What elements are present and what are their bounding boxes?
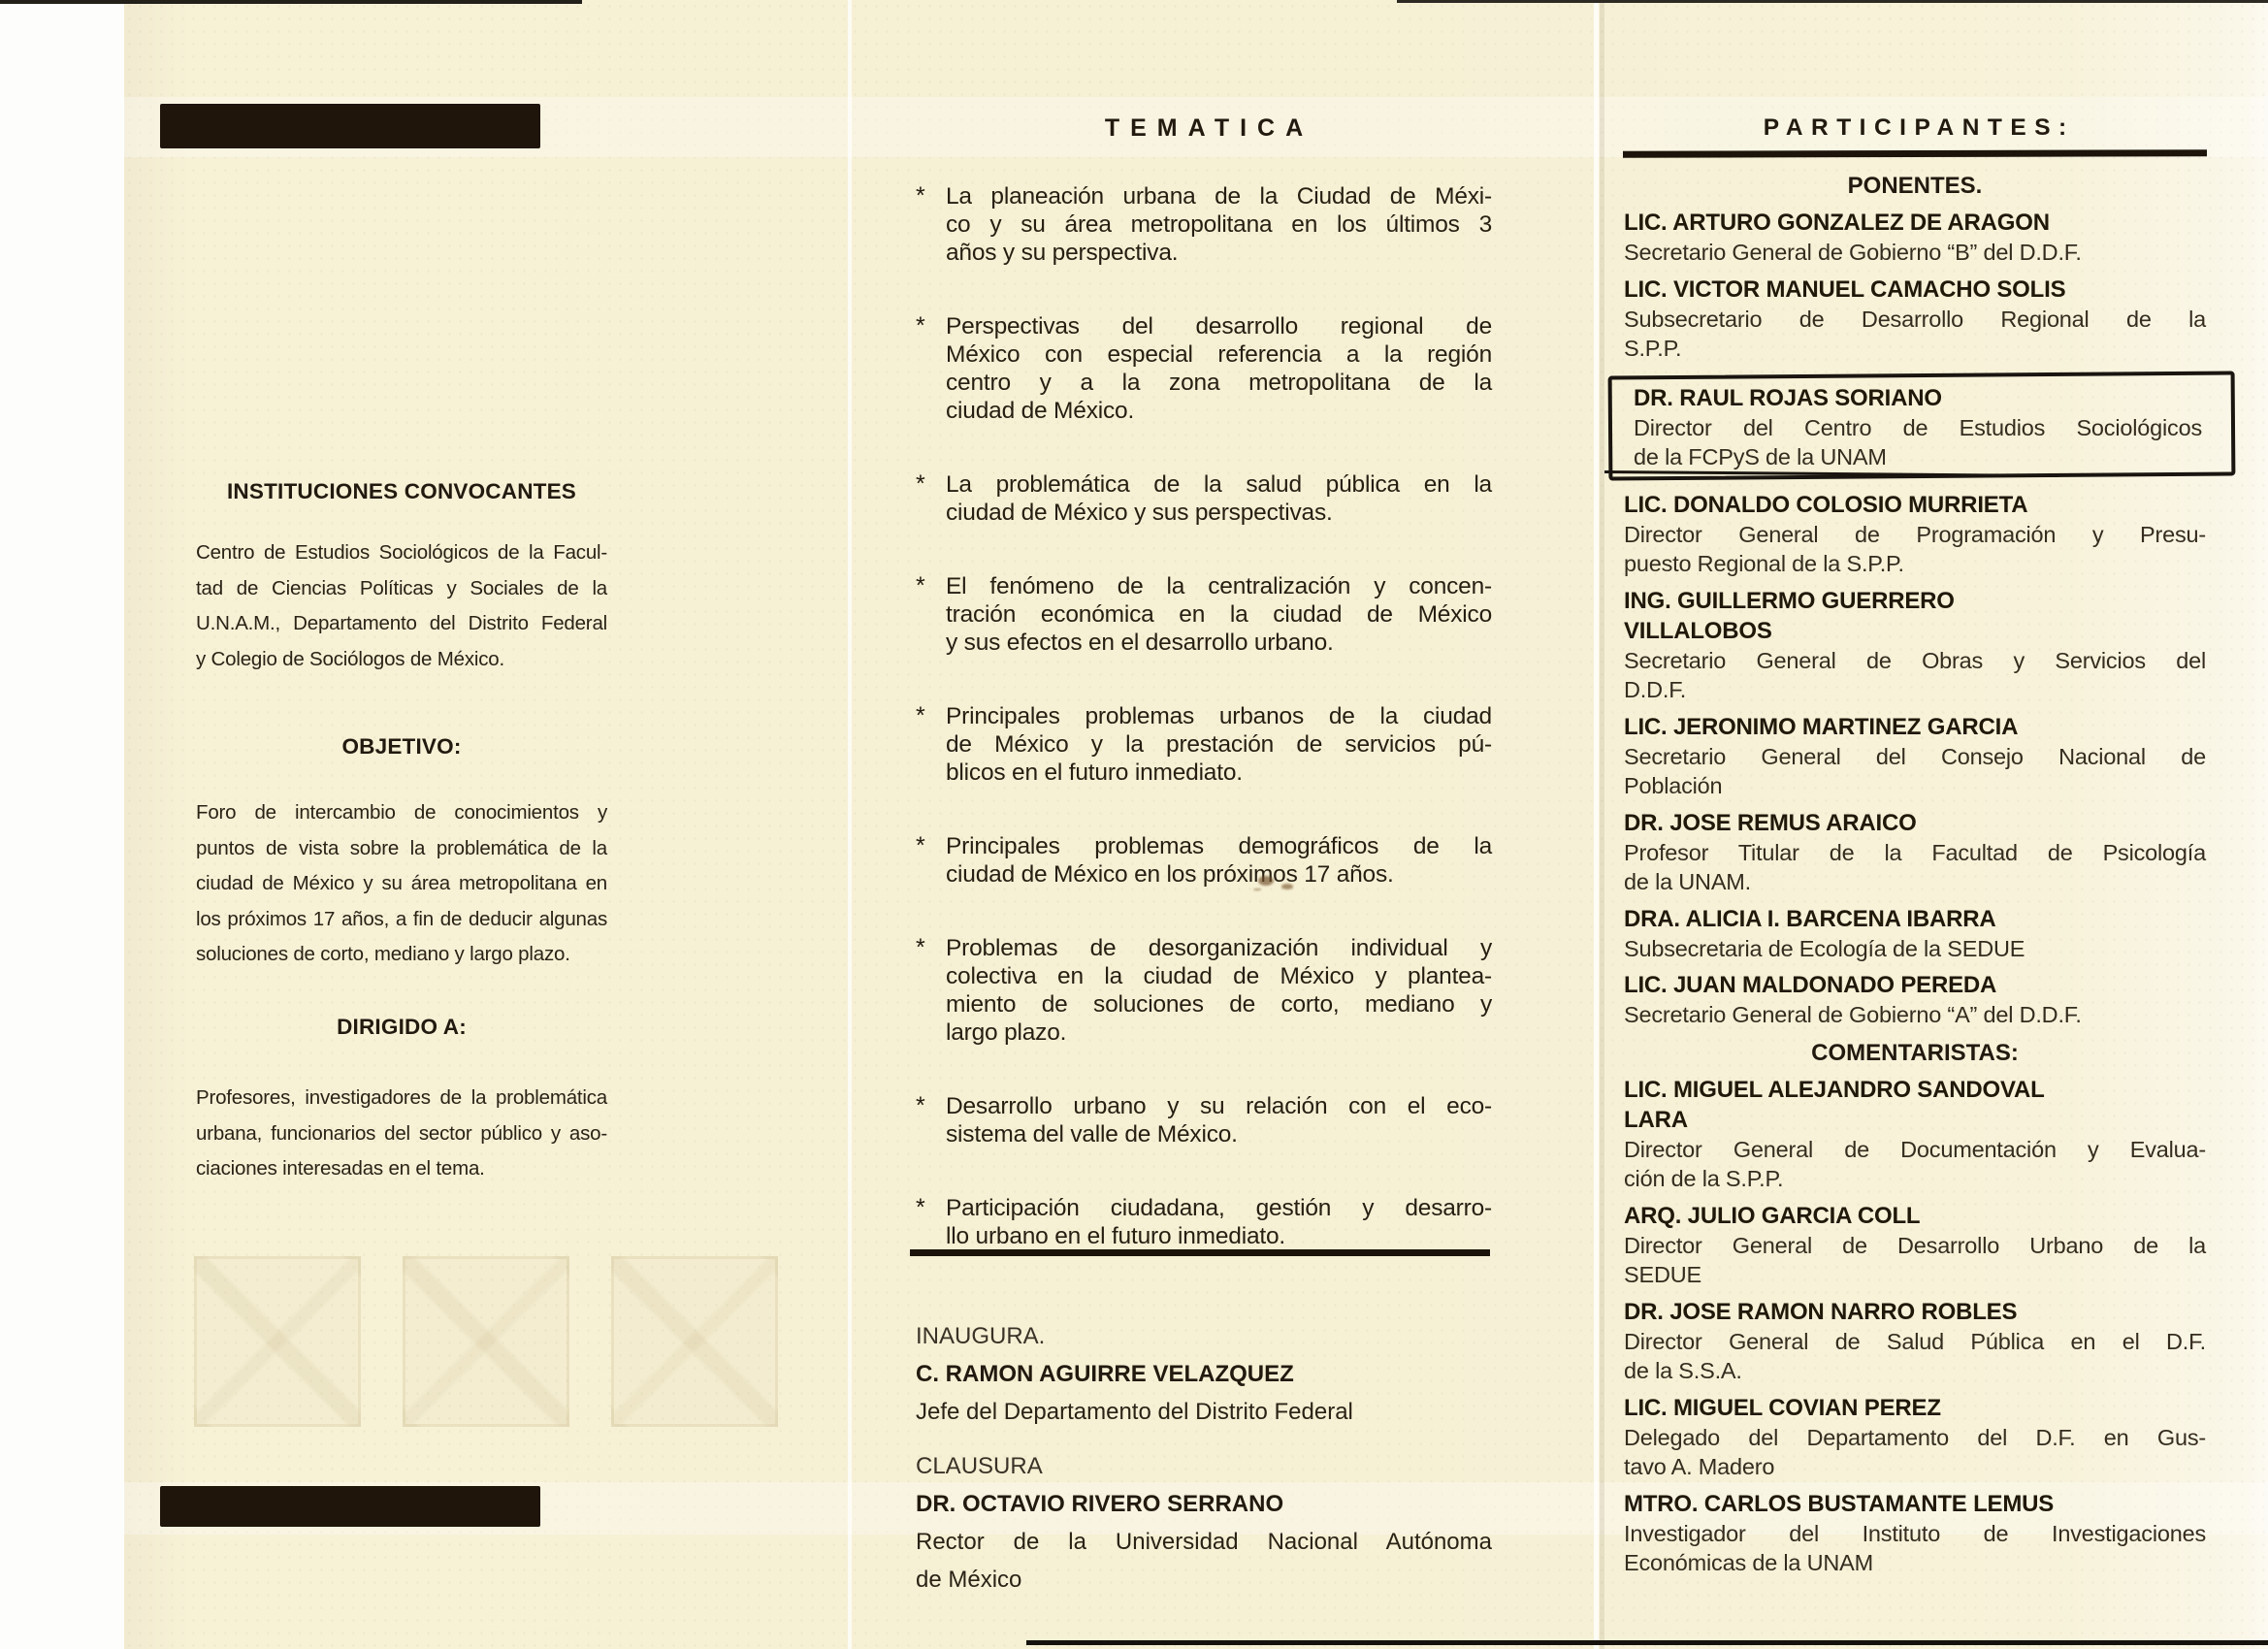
clausura-label: CLAUSURA [916, 1447, 1492, 1485]
participant-role: Investigador del Instituto de Investigac… [1624, 1519, 2206, 1578]
participant-name: LIC. JUAN MALDONADO PEREDA [1624, 970, 2206, 1000]
participant-entry: LIC. MIGUEL COVIAN PEREZ Delegado del De… [1624, 1393, 2206, 1482]
tematica-bullet-text: Desarrollo urbano y su relación con el e… [946, 1092, 1492, 1148]
tematica-bullet-text: Principales problemas demográficos de la… [946, 832, 1492, 889]
institutions-paragraph: Centro de Estudios Sociológicos de la Fa… [196, 535, 607, 677]
clausura-role: Rector de la Universidad Nacional Autóno… [916, 1523, 1492, 1599]
participant-entry: ING. GUILLERMO GUERRERO VILLALOBOS Secre… [1624, 586, 2206, 705]
participant-name: DR. RAUL ROJAS SORIANO [1634, 383, 2202, 413]
participant-entry: DRA. ALICIA I. BARCENA IBARRA Subsecreta… [1624, 904, 2206, 964]
tematica-bullet-item: * El fenómeno de la centralización y con… [916, 572, 1492, 657]
horizontal-rule [910, 1249, 1490, 1256]
participant-entry: DR. JOSE REMUS ARAICO Profesor Titular d… [1624, 808, 2206, 897]
participant-name: DRA. ALICIA I. BARCENA IBARRA [1624, 904, 2206, 934]
decorative-ink-bar-top [160, 104, 540, 148]
bleedthrough-logo-square [403, 1256, 569, 1427]
fold-crease-right [1594, 0, 1599, 1649]
clausura-name: DR. OCTAVIO RIVERO SERRANO [916, 1485, 1492, 1523]
ceremony-block: INAUGURA. C. RAMON AGUIRRE VELAZQUEZ Jef… [916, 1317, 1492, 1599]
participant-entry: DR. JOSE RAMON NARRO ROBLES Director Gen… [1624, 1297, 2206, 1386]
asterisk-bullet-icon: * [916, 470, 946, 527]
tematica-bullet-text: La problemática de la salud pública en l… [946, 470, 1492, 527]
tematica-bullet-item: * Participación ciudadana, gestión y des… [916, 1194, 1492, 1250]
bleedthrough-logo-square [194, 1256, 361, 1427]
participant-role: Director General de Documentación y Eval… [1624, 1135, 2206, 1194]
participant-role: Secretario General de Gobierno “B” del D… [1624, 238, 2206, 268]
participant-role: Director del Centro de Estudios Sociológ… [1634, 413, 2202, 472]
asterisk-bullet-icon: * [916, 832, 946, 889]
participantes-heading: PARTICIPANTES: [1624, 114, 2206, 142]
participant-role: Secretario General de Obras y Servicios … [1624, 646, 2206, 705]
asterisk-bullet-icon: * [916, 934, 946, 1047]
tematica-bullet-list: * La planeación urbana de la Ciudad de M… [916, 182, 1492, 1250]
tematica-bullet-item: * Desarrollo urbano y su relación con el… [916, 1092, 1492, 1148]
participant-name: MTRO. CARLOS BUSTAMANTE LEMUS [1624, 1489, 2206, 1519]
participant-name: LIC. MIGUEL ALEJANDRO SANDOVAL LARA [1624, 1075, 2206, 1135]
asterisk-bullet-icon: * [916, 182, 946, 267]
participant-name: LIC. DONALDO COLOSIO MURRIETA [1624, 490, 2206, 520]
asterisk-bullet-icon: * [916, 572, 946, 657]
inaugura-role: Jefe del Departamento del Distrito Feder… [916, 1393, 1492, 1431]
tematica-bullet-item: * Perspectivas del desarrollo regional d… [916, 312, 1492, 425]
participant-name: LIC. ARTURO GONZALEZ DE ARAGON [1624, 208, 2206, 238]
tematica-heading: TEMATICA [916, 114, 1492, 143]
audience-paragraph: Profesores, investigadores de la problem… [196, 1081, 607, 1187]
tematica-bullet-item: * Problemas de desorganización individua… [916, 934, 1492, 1047]
tematica-bullet-item: * La planeación urbana de la Ciudad de M… [916, 182, 1492, 267]
objective-paragraph: Foro de intercambio de conocimientos ypu… [196, 795, 607, 973]
scan-edge-line-bottom [1026, 1640, 2268, 1645]
participant-role: Director General de Salud Pública en el … [1624, 1327, 2206, 1386]
tematica-bullet-text: La planeación urbana de la Ciudad de Méx… [946, 182, 1492, 267]
participant-entry: LIC. JUAN MALDONADO PEREDA Secretario Ge… [1624, 970, 2206, 1030]
ink-stain [1258, 876, 1274, 886]
participant-role: Subsecretario de Desarrollo Regional de … [1624, 305, 2206, 364]
inaugura-name: C. RAMON AGUIRRE VELAZQUEZ [916, 1355, 1492, 1393]
participant-name: ARQ. JULIO GARCIA COLL [1624, 1201, 2206, 1231]
participant-entry: LIC. DONALDO COLOSIO MURRIETA Director G… [1624, 490, 2206, 579]
participant-name: ING. GUILLERMO GUERRERO VILLALOBOS [1624, 586, 2206, 646]
tematica-bullet-item: * Principales problemas urbanos de la ci… [916, 702, 1492, 787]
tematica-bullet-text: Problemas de desorganización individual … [946, 934, 1492, 1047]
audience-heading: DIRIGIDO A: [196, 1015, 607, 1040]
scanned-brochure: INSTITUCIONES CONVOCANTES Centro de Estu… [0, 0, 2268, 1649]
tematica-bullet-text: Principales problemas urbanos de la ciud… [946, 702, 1492, 787]
comentaristas-subheading: COMENTARISTAS: [1624, 1040, 2206, 1067]
ponentes-entries: LIC. ARTURO GONZALEZ DE ARAGON Secretari… [1624, 208, 2206, 1030]
scan-edge-line-top-left [0, 0, 582, 4]
ponentes-subheading: PONENTES. [1624, 173, 2206, 200]
participant-role: Director General de Desarrollo Urbano de… [1624, 1231, 2206, 1290]
participants-list: PONENTES. LIC. ARTURO GONZALEZ DE ARAGON… [1624, 171, 2206, 1585]
participant-role: Profesor Titular de la Facultad de Psico… [1624, 838, 2206, 897]
participant-entry: LIC. VICTOR MANUEL CAMACHO SOLIS Subsecr… [1624, 275, 2206, 364]
participant-entry: LIC. JERONIMO MARTINEZ GARCIA Secretario… [1624, 712, 2206, 801]
participant-role: Secretario General del Consejo Nacional … [1624, 742, 2206, 801]
participant-entry: ARQ. JULIO GARCIA COLL Director General … [1624, 1201, 2206, 1290]
asterisk-bullet-icon: * [916, 1194, 946, 1250]
participant-role: Secretario General de Gobierno “A” del D… [1624, 1000, 2206, 1030]
participant-name: LIC. JERONIMO MARTINEZ GARCIA [1624, 712, 2206, 742]
asterisk-bullet-icon: * [916, 702, 946, 787]
participant-entry: MTRO. CARLOS BUSTAMANTE LEMUS Investigad… [1624, 1489, 2206, 1578]
participant-name: DR. JOSE REMUS ARAICO [1624, 808, 2206, 838]
tematica-bullet-item: * Principales problemas demográficos de … [916, 832, 1492, 889]
tematica-bullet-text: Participación ciudadana, gestión y desar… [946, 1194, 1492, 1250]
participant-role: Delegado del Departamento del D.F. en Gu… [1624, 1423, 2206, 1482]
fold-crease-left [848, 0, 852, 1649]
scan-edge-line-top-right [1397, 0, 2268, 3]
participant-name: DR. JOSE RAMON NARRO ROBLES [1624, 1297, 2206, 1327]
participant-role: Director General de Programación y Presu… [1624, 520, 2206, 579]
institutions-heading: INSTITUCIONES CONVOCANTES [196, 479, 607, 504]
decorative-ink-bar-bottom [160, 1486, 540, 1527]
bleedthrough-logo-square [611, 1256, 778, 1427]
comentaristas-entries: LIC. MIGUEL ALEJANDRO SANDOVAL LARA Dire… [1624, 1075, 2206, 1578]
participant-name: LIC. VICTOR MANUEL CAMACHO SOLIS [1624, 275, 2206, 305]
participant-entry: LIC. MIGUEL ALEJANDRO SANDOVAL LARA Dire… [1624, 1075, 2206, 1194]
participant-name: LIC. MIGUEL COVIAN PEREZ [1624, 1393, 2206, 1423]
tematica-bullet-item: * La problemática de la salud pública en… [916, 470, 1492, 527]
participant-entry: DR. RAUL ROJAS SORIANO Director del Cent… [1624, 377, 2206, 474]
participant-role: Subsecretaria de Ecología de la SEDUE [1624, 934, 2206, 964]
inaugura-label: INAUGURA. [916, 1317, 1492, 1355]
objective-heading: OBJETIVO: [196, 734, 607, 760]
tematica-bullet-text: El fenómeno de la centralización y conce… [946, 572, 1492, 657]
participant-entry: LIC. ARTURO GONZALEZ DE ARAGON Secretari… [1624, 208, 2206, 268]
tematica-bullet-text: Perspectivas del desarrollo regional deM… [946, 312, 1492, 425]
asterisk-bullet-icon: * [916, 312, 946, 425]
asterisk-bullet-icon: * [916, 1092, 946, 1148]
